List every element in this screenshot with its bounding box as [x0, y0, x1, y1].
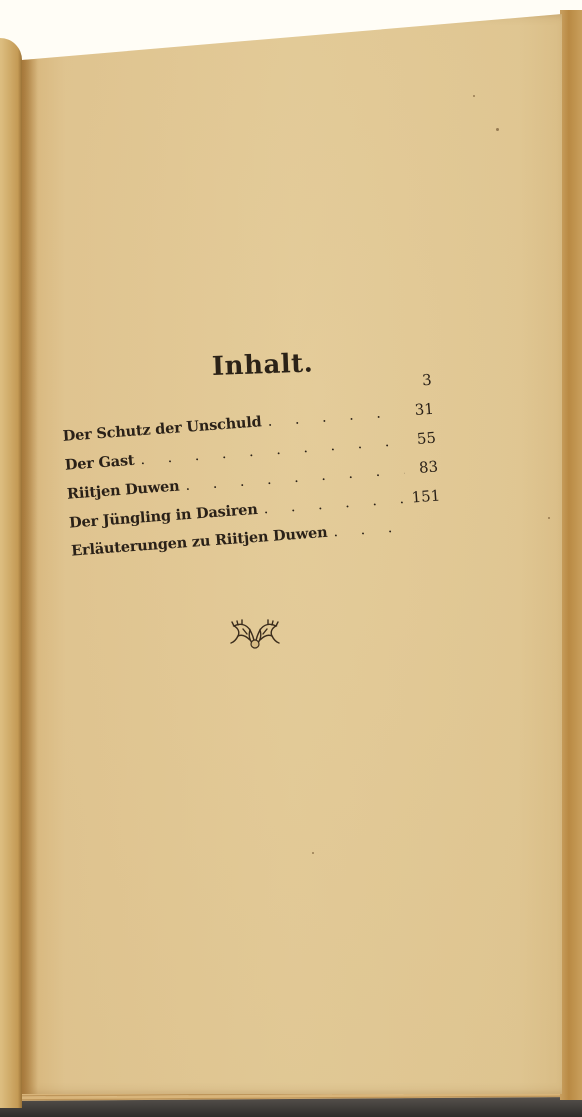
- paper-speck: [312, 852, 314, 854]
- toc-entry-page: 55: [407, 429, 436, 449]
- dot-leader: [333, 519, 409, 540]
- book-scan: Inhalt. 3 Der Schutz der Unschuld 31 Der…: [0, 0, 582, 1117]
- page-content: Inhalt. 3 Der Schutz der Unschuld 31 Der…: [0, 0, 582, 1117]
- paper-speck: [548, 517, 550, 519]
- toc-entry-page: 31: [405, 400, 434, 420]
- toc-entry-page: 83: [409, 458, 438, 478]
- toc-entry-page: 3: [403, 371, 432, 391]
- toc-entry-page: 151: [411, 486, 441, 506]
- toc-heading: Inhalt.: [211, 348, 313, 382]
- toc-entry-title: Der Gast: [64, 452, 135, 474]
- toc-entry-page: [415, 528, 443, 530]
- table-of-contents: 3 Der Schutz der Unschuld 31 Der Gast 55…: [60, 371, 444, 572]
- floral-ornament-icon: [228, 618, 282, 650]
- paper-speck: [496, 128, 499, 131]
- paper-speck: [473, 95, 475, 97]
